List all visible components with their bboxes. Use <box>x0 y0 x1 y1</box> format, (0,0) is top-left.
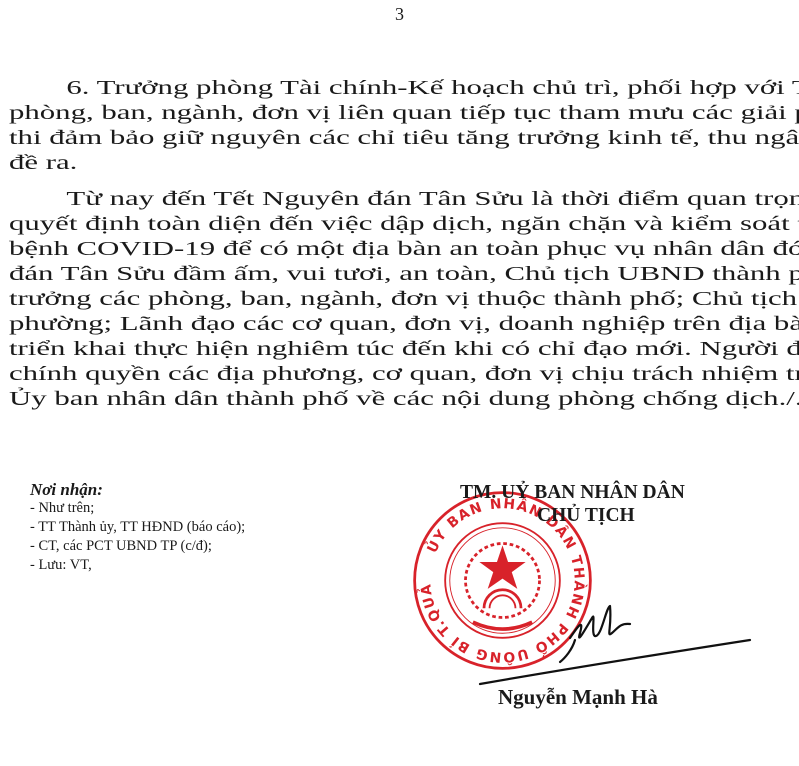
paragraph-closing: Từ nay đến Tết Nguyên đán Tân Sửu là thờ… <box>9 187 737 412</box>
recipient-item: - Như trên; <box>30 499 245 518</box>
page-number: 3 <box>0 4 799 25</box>
text-line: phòng, ban, ngành, đơn vị liên quan tiếp… <box>0 101 737 126</box>
document-body: 6. Trưởng phòng Tài chính-Kế hoạch chủ t… <box>9 76 737 423</box>
recipient-item: - CT, các PCT UBND TP (c/đ); <box>30 537 245 556</box>
signature-organization: TM. UỶ BAN NHÂN DÂN <box>460 482 685 504</box>
text-line: Từ nay đến Tết Nguyên đán Tân Sửu là thờ… <box>9 187 737 212</box>
text-line: triển khai thực hiện nghiêm túc đến khi … <box>0 337 737 362</box>
recipients-block: Nơi nhận: - Như trên; - TT Thành ủy, TT … <box>30 480 245 575</box>
text-line: phường; Lãnh đạo các cơ quan, đơn vị, do… <box>0 312 737 337</box>
text-line: chính quyền các địa phương, cơ quan, đơn… <box>0 362 737 387</box>
paragraph-6: 6. Trưởng phòng Tài chính-Kế hoạch chủ t… <box>9 76 737 176</box>
recipient-item: - Lưu: VT, <box>30 556 245 575</box>
text-line: đề ra. <box>0 151 737 176</box>
text-line: 6. Trưởng phòng Tài chính-Kế hoạch chủ t… <box>9 76 737 101</box>
text-line: bệnh COVID-19 để có một địa bàn an toàn … <box>0 237 737 262</box>
text-line: quyết định toàn diện đến việc dập dịch, … <box>0 212 737 237</box>
signer-name: Nguyễn Mạnh Hà <box>498 685 658 710</box>
text-line: đán Tân Sửu đầm ấm, vui tươi, an toàn, C… <box>0 262 737 287</box>
recipient-item: - TT Thành ủy, TT HĐND (báo cáo); <box>30 518 245 537</box>
recipients-title: Nơi nhận: <box>30 480 245 499</box>
text-line: Ủy ban nhân dân thành phố về các nội dun… <box>0 387 737 412</box>
text-line: trưởng các phòng, ban, ngành, đơn vị thu… <box>0 287 737 312</box>
text-line: thi đảm bảo giữ nguyên các chỉ tiêu tăng… <box>0 126 737 151</box>
signature-role: CHỦ TỊCH <box>537 505 635 527</box>
handwritten-signature-icon <box>460 588 760 688</box>
